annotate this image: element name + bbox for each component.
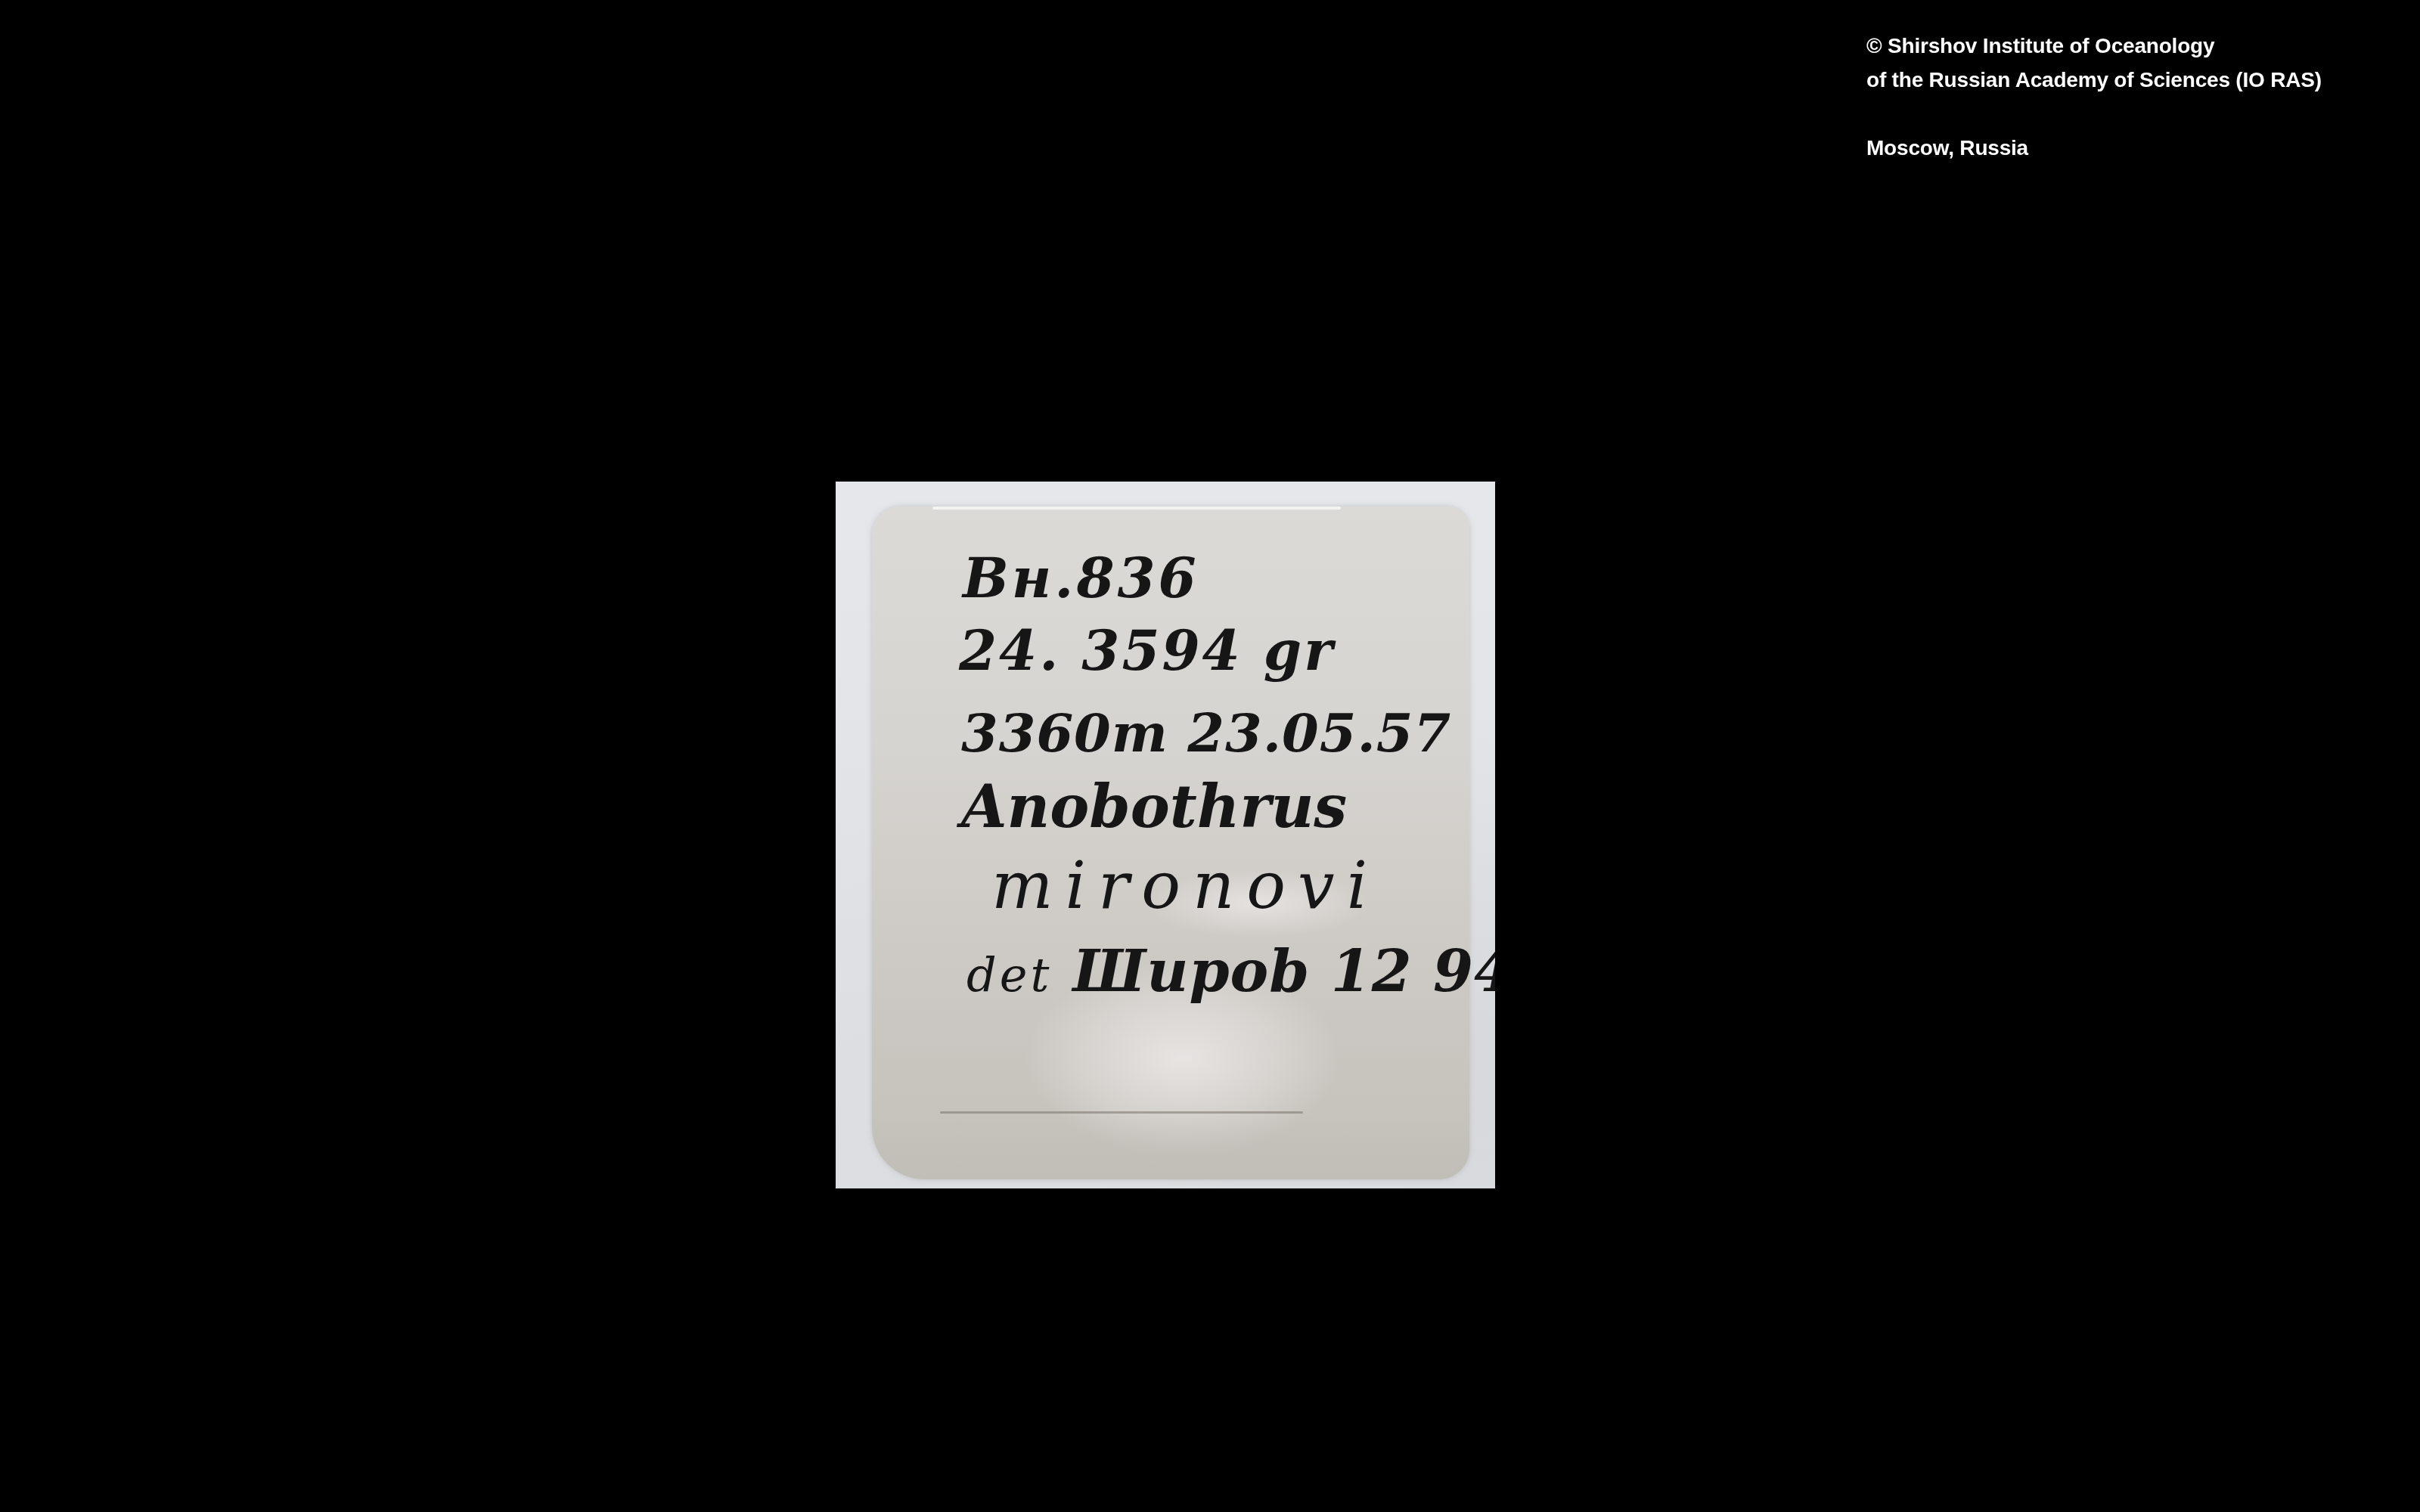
card-bottom-shadow [872, 1111, 1469, 1179]
label-line-genus: Anobothrus [961, 773, 1347, 841]
card-top-sheen [932, 507, 1341, 510]
copyright-line-institute: © Shirshov Institute of Oceanology [1866, 29, 2322, 63]
copyright-line-location: Moscow, Russia [1866, 131, 2322, 165]
label-line-station: Вн.836 [963, 546, 1199, 610]
label-det-prefix: det [966, 947, 1052, 1002]
label-line-depth-date: 3360m 23.05.57 [961, 702, 1451, 764]
label-card: Вн.836 24. 3594 gr 3360m 23.05.57 Anobot… [872, 507, 1469, 1179]
copyright-notice: © Shirshov Institute of Oceanology of th… [1866, 29, 2322, 165]
copyright-line-academy: of the Russian Academy of Sciences (IO R… [1866, 63, 2322, 97]
label-line-sample: 24. 3594 gr [959, 618, 1335, 683]
label-det-author-date: Шиpob 12 94 [1073, 937, 1495, 1005]
label-line-determination: det Шиpob 12 94 [966, 937, 1495, 1005]
copyright-spacer [1866, 97, 2322, 131]
label-line-species: mironovi [991, 848, 1379, 924]
specimen-label-photo: Вн.836 24. 3594 gr 3360m 23.05.57 Anobot… [836, 482, 1495, 1188]
